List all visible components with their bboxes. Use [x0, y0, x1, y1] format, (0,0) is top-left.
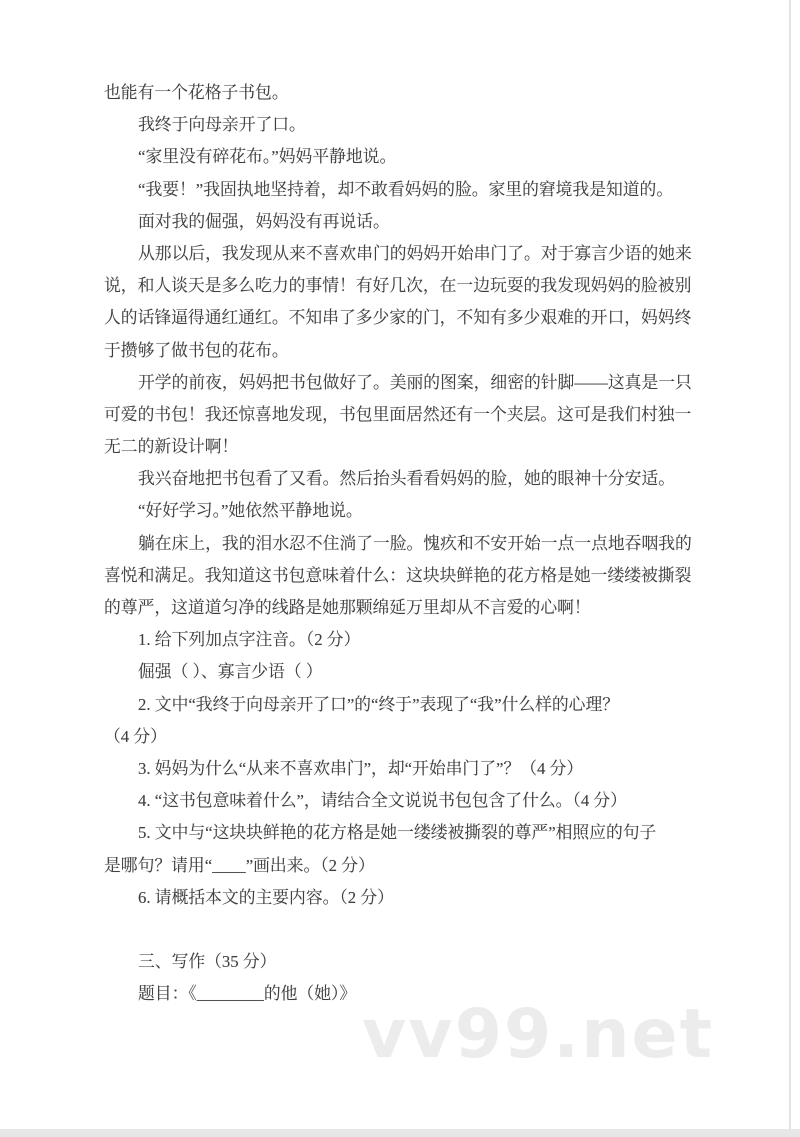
text-line: 于攒够了做书包的花布。 — [104, 335, 710, 367]
text-line: （4 分） — [104, 721, 710, 753]
text-line — [104, 914, 710, 946]
document-text: 也能有一个花格子书包。我终于向母亲开了口。“家里没有碎花布。”妈妈平静地说。“我… — [104, 77, 710, 1010]
text-line: “我要！”我固执地坚持着，却不敢看妈妈的脸。家里的窘境我是知道的。 — [104, 174, 710, 206]
text-line: 躺在床上，我的泪水忍不住淌了一脸。愧疚和不安开始一点一点地吞咽我的 — [104, 528, 710, 560]
text-line: 我终于向母亲开了口。 — [104, 109, 710, 141]
text-line: 的尊严，这道道匀净的线路是她那颗绵延万里却从不言爱的心啊！ — [104, 592, 710, 624]
text-line: “家里没有碎花布。”妈妈平静地说。 — [104, 141, 710, 173]
text-line: 6. 请概括本文的主要内容。（2 分） — [104, 882, 710, 914]
text-line: 也能有一个花格子书包。 — [104, 77, 710, 109]
text-line: 是哪句？请用“____”画出来。（2 分） — [104, 850, 710, 882]
text-line: 我兴奋地把书包看了又看。然后抬头看看妈妈的脸，她的眼神十分安适。 — [104, 463, 710, 495]
text-line: 可爱的书包！我还惊喜地发现，书包里面居然还有一个夹层。这可是我们村独一 — [104, 399, 710, 431]
text-line: 无二的新设计啊！ — [104, 431, 710, 463]
text-line: 面对我的倔强，妈妈没有再说话。 — [104, 206, 710, 238]
text-line: 从那以后，我发现从来不喜欢串门的妈妈开始串门了。对于寡言少语的她来 — [104, 238, 710, 270]
text-line: 3. 妈妈为什么“从来不喜欢串门”，却“开始串门了”？（4 分） — [104, 753, 710, 785]
text-line: 喜悦和满足。我知道这书包意味着什么：这块块鲜艳的花方格是她一缕缕被撕裂 — [104, 560, 710, 592]
watermark: vv99.net — [362, 995, 714, 1074]
page-edge-right — [789, 0, 791, 1137]
page-edge-bottom — [0, 1129, 800, 1137]
text-line: 人的话锋逼得通红通红。不知串了多少家的门，不知有多少艰难的开口，妈妈终 — [104, 302, 710, 334]
text-line: 5. 文中与“这块块鲜艳的花方格是她一缕缕被撕裂的尊严”相照应的句子 — [104, 817, 710, 849]
text-line: 倔强（ ）、寡言少语（ ） — [104, 656, 710, 688]
text-line: 开学的前夜，妈妈把书包做好了。美丽的图案，细密的针脚——这真是一只 — [104, 367, 710, 399]
text-line: 4. “这书包意味着什么”，请结合全文说说书包包含了什么。（4 分） — [104, 785, 710, 817]
text-line: 1. 给下列加点字注音。（2 分） — [104, 624, 710, 656]
text-line: “好好学习。”她依然平静地说。 — [104, 495, 710, 527]
text-line: 说，和人谈天是多么吃力的事情！有好几次，在一边玩耍的我发现妈妈的脸被别 — [104, 270, 710, 302]
document-page: 也能有一个花格子书包。我终于向母亲开了口。“家里没有碎花布。”妈妈平静地说。“我… — [0, 0, 800, 1137]
text-line: 三、写作（35 分） — [104, 946, 710, 978]
text-line: 2. 文中“我终于向母亲开了口”的“终于”表现了“我”什么样的心理？ — [104, 689, 710, 721]
